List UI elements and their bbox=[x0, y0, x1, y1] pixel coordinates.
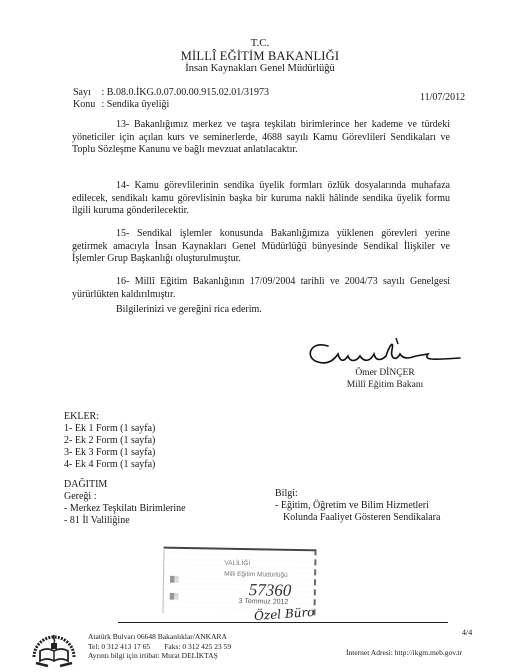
info-label: Bilgi: bbox=[275, 488, 440, 500]
signer-title: Millî Eğitim Bakanı bbox=[330, 380, 440, 392]
paragraph-16: 16- Millî Eğitim Bakanlığının 17/09/2004… bbox=[72, 276, 450, 301]
distribution-heading: DAĞITIM bbox=[64, 479, 186, 491]
footer-address: Atatürk Bulvarı 06648 Bakanlıklar/ANKARA bbox=[88, 632, 231, 642]
department-title: İnsan Kaynakları Genel Müdürlüğü bbox=[0, 63, 520, 74]
distribution-block: DAĞITIM Gereği : - Merkez Teşkilatı Biri… bbox=[64, 479, 186, 527]
footer-contact: Atatürk Bulvarı 06648 Bakanlıklar/ANKARA… bbox=[88, 632, 231, 661]
action-label: Gereği : bbox=[64, 491, 186, 503]
stamp-mark: ▓▒ bbox=[170, 577, 179, 583]
action-item: - 81 İl Valiliğine bbox=[64, 515, 186, 527]
action-item: - Merkez Teşkilatı Birimlerine bbox=[64, 503, 186, 515]
footer-tel: Tel: 0 312 413 17 65 bbox=[88, 642, 150, 651]
country-header: T.C. bbox=[0, 37, 520, 49]
subject-label: Konu bbox=[73, 99, 99, 111]
ministry-title: MİLLÎ EĞİTİM BAKANLIĞI bbox=[0, 49, 520, 64]
attachment-item: 2- Ek 2 Form (1 sayfa) bbox=[64, 435, 155, 447]
stamp-mark: ▓▒ bbox=[170, 594, 179, 600]
paragraph-13: 13- Bakanlığımız merkez ve taşra teşkila… bbox=[72, 119, 450, 157]
stamp-line-2: Milli Eğitim Müdürlüğü bbox=[224, 571, 288, 579]
info-item: - Eğitim, Öğretim ve Bilim Hizmetleri bbox=[275, 500, 440, 512]
attachment-item: 3- Ek 3 Form (1 sayfa) bbox=[64, 447, 155, 459]
attachments-heading: EKLER: bbox=[64, 411, 155, 423]
reference-value: : B.08.0.İKG.0.07.00.00.915.02.01/31973 bbox=[102, 87, 270, 98]
footer-web-address: İnternet Adresi: http://ikgm.meb.gov.tr bbox=[346, 648, 462, 657]
info-item: Kolunda Faaliyet Gösteren Sendikalara bbox=[275, 512, 440, 524]
reference-number: Sayı : B.08.0.İKG.0.07.00.00.915.02.01/3… bbox=[73, 87, 269, 99]
info-block: Bilgi: - Eğitim, Öğretim ve Bilim Hizmet… bbox=[275, 488, 440, 524]
paragraph-14: 14- Kamu görevlilerinin sendika üyelik f… bbox=[72, 180, 450, 218]
document-date: 11/07/2012 bbox=[420, 92, 465, 103]
footer-contact-person: Ayrıntı bilgi için irtibat: Murat DELİKT… bbox=[88, 651, 231, 661]
paragraph-15: 15- Sendikal işlemler konusunda Bakanlığ… bbox=[72, 228, 450, 266]
signer-name: Ömer DİNÇER bbox=[330, 368, 440, 380]
stamp-line-1: VALİLİĞİ bbox=[224, 560, 250, 567]
signature-icon bbox=[300, 336, 470, 372]
subject-value: : Sendika üyeliği bbox=[102, 99, 170, 110]
footer-fax: Faks: 0 312 425 23 59 bbox=[164, 642, 231, 651]
closing-line: Bilgilerinizi ve gereğini rica ederim. bbox=[116, 304, 262, 315]
reference-label: Sayı bbox=[73, 87, 99, 99]
page-number: 4/4 bbox=[462, 628, 472, 637]
attachment-item: 4- Ek 4 Form (1 sayfa) bbox=[64, 459, 155, 471]
footer-divider bbox=[118, 622, 448, 623]
subject: Konu : Sendika üyeliği bbox=[73, 99, 169, 111]
registry-stamp: VALİLİĞİ Milli Eğitim Müdürlüğü ▓▒ ▓▒ 57… bbox=[162, 547, 316, 616]
attachment-item: 1- Ek 1 Form (1 sayfa) bbox=[64, 423, 155, 435]
handwritten-note: Özel Büro bbox=[254, 605, 315, 623]
ministry-logo-icon bbox=[28, 627, 80, 669]
attachments-list: EKLER: 1- Ek 1 Form (1 sayfa) 2- Ek 2 Fo… bbox=[64, 411, 155, 471]
stamp-date: 3 Temmuz 2012 bbox=[239, 598, 289, 606]
